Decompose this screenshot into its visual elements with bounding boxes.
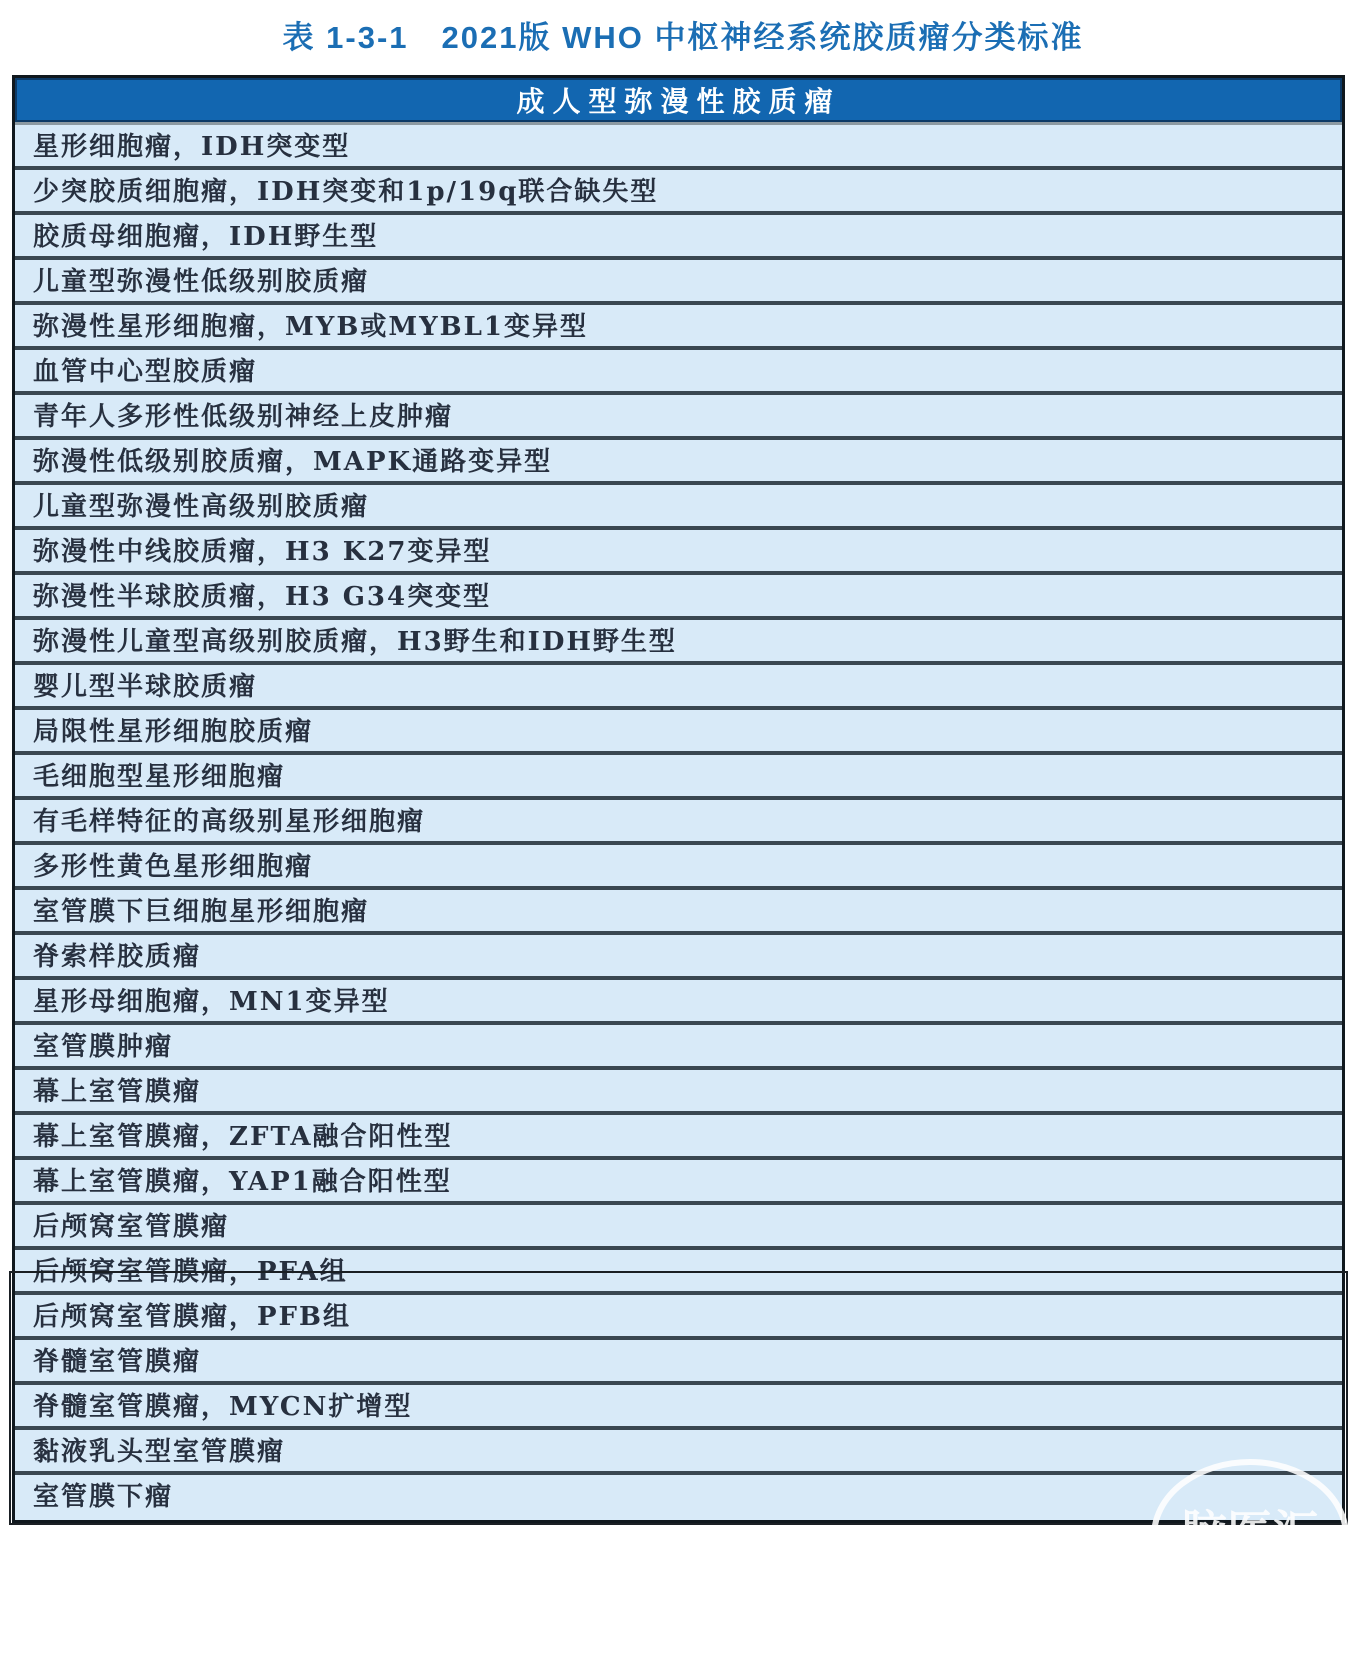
table-row: 胶质母细胞瘤，IDH野生型 xyxy=(15,215,1342,260)
table-row: 室管膜下瘤 xyxy=(15,1475,1342,1520)
table-row: 星形细胞瘤，IDH突变型 xyxy=(15,125,1342,170)
watermark-subtext-slot: brainmed.com xyxy=(1187,1562,1317,1577)
table-row: 弥漫性儿童型高级别胶质瘤，H3野生和IDH野生型 xyxy=(15,620,1342,665)
table-row: 血管中心型胶质瘤 xyxy=(15,350,1342,395)
table-row: 婴儿型半球胶质瘤 xyxy=(15,665,1342,710)
table-row: 室管膜肿瘤 xyxy=(15,1025,1342,1070)
table-row: 星形母细胞瘤，MN1变异型 xyxy=(15,980,1342,1025)
table-row: 儿童型弥漫性高级别胶质瘤 xyxy=(15,485,1342,530)
table-row: 弥漫性低级别胶质瘤，MAPK通路变异型 xyxy=(15,440,1342,485)
table-header-label: 成人型弥漫性胶质瘤 xyxy=(516,80,840,120)
table-row: 后颅窝室管膜瘤，PFB组 xyxy=(15,1295,1342,1340)
table-row: 弥漫性半球胶质瘤，H3 G34突变型 xyxy=(15,575,1342,620)
table-row: 弥漫性中线胶质瘤，H3 K27变异型 xyxy=(15,530,1342,575)
page-title: 表 1-3-1 2021版 WHO 中枢神经系统胶质瘤分类标准 xyxy=(0,12,1366,57)
table-row: 多形性黄色星形细胞瘤 xyxy=(15,845,1342,890)
table-row: 黏液乳头型室管膜瘤 xyxy=(15,1430,1342,1475)
table-row: 有毛样特征的高级别星形细胞瘤 xyxy=(15,800,1342,845)
table-header-row: 成人型弥漫性胶质瘤 xyxy=(15,78,1342,125)
table-row: 脊髓室管膜瘤，MYCN扩增型 xyxy=(15,1385,1342,1430)
table-row: 儿童型弥漫性低级别胶质瘤 xyxy=(15,260,1342,305)
table-row: 脊髓室管膜瘤 xyxy=(15,1340,1342,1385)
table-row: 弥漫性星形细胞瘤，MYB或MYBL1变异型 xyxy=(15,305,1342,350)
table-row: 青年人多形性低级别神经上皮肿瘤 xyxy=(15,395,1342,440)
table-row: 后颅窝室管膜瘤 xyxy=(15,1205,1342,1250)
table-row: 少突胶质细胞瘤，IDH突变和1p/19q联合缺失型 xyxy=(15,170,1342,215)
table-row: 毛细胞型星形细胞瘤 xyxy=(15,755,1342,800)
table-row: 后颅窝室管膜瘤，PFA组 xyxy=(15,1250,1342,1295)
table-row: 幕上室管膜瘤，ZFTA融合阳性型 xyxy=(15,1115,1342,1160)
table-body: 星形细胞瘤，IDH突变型少突胶质细胞瘤，IDH突变和1p/19q联合缺失型胶质母… xyxy=(15,125,1342,1520)
table-row: 幕上室管膜瘤，YAP1融合阳性型 xyxy=(15,1160,1342,1205)
classification-table: 成人型弥漫性胶质瘤 星形细胞瘤，IDH突变型少突胶质细胞瘤，IDH突变和1p/1… xyxy=(12,75,1345,1523)
table-row: 局限性星形细胞胶质瘤 xyxy=(15,710,1342,755)
table-row: 脊索样胶质瘤 xyxy=(15,935,1342,980)
table-row: 室管膜下巨细胞星形细胞瘤 xyxy=(15,890,1342,935)
table-row: 幕上室管膜瘤 xyxy=(15,1070,1342,1115)
